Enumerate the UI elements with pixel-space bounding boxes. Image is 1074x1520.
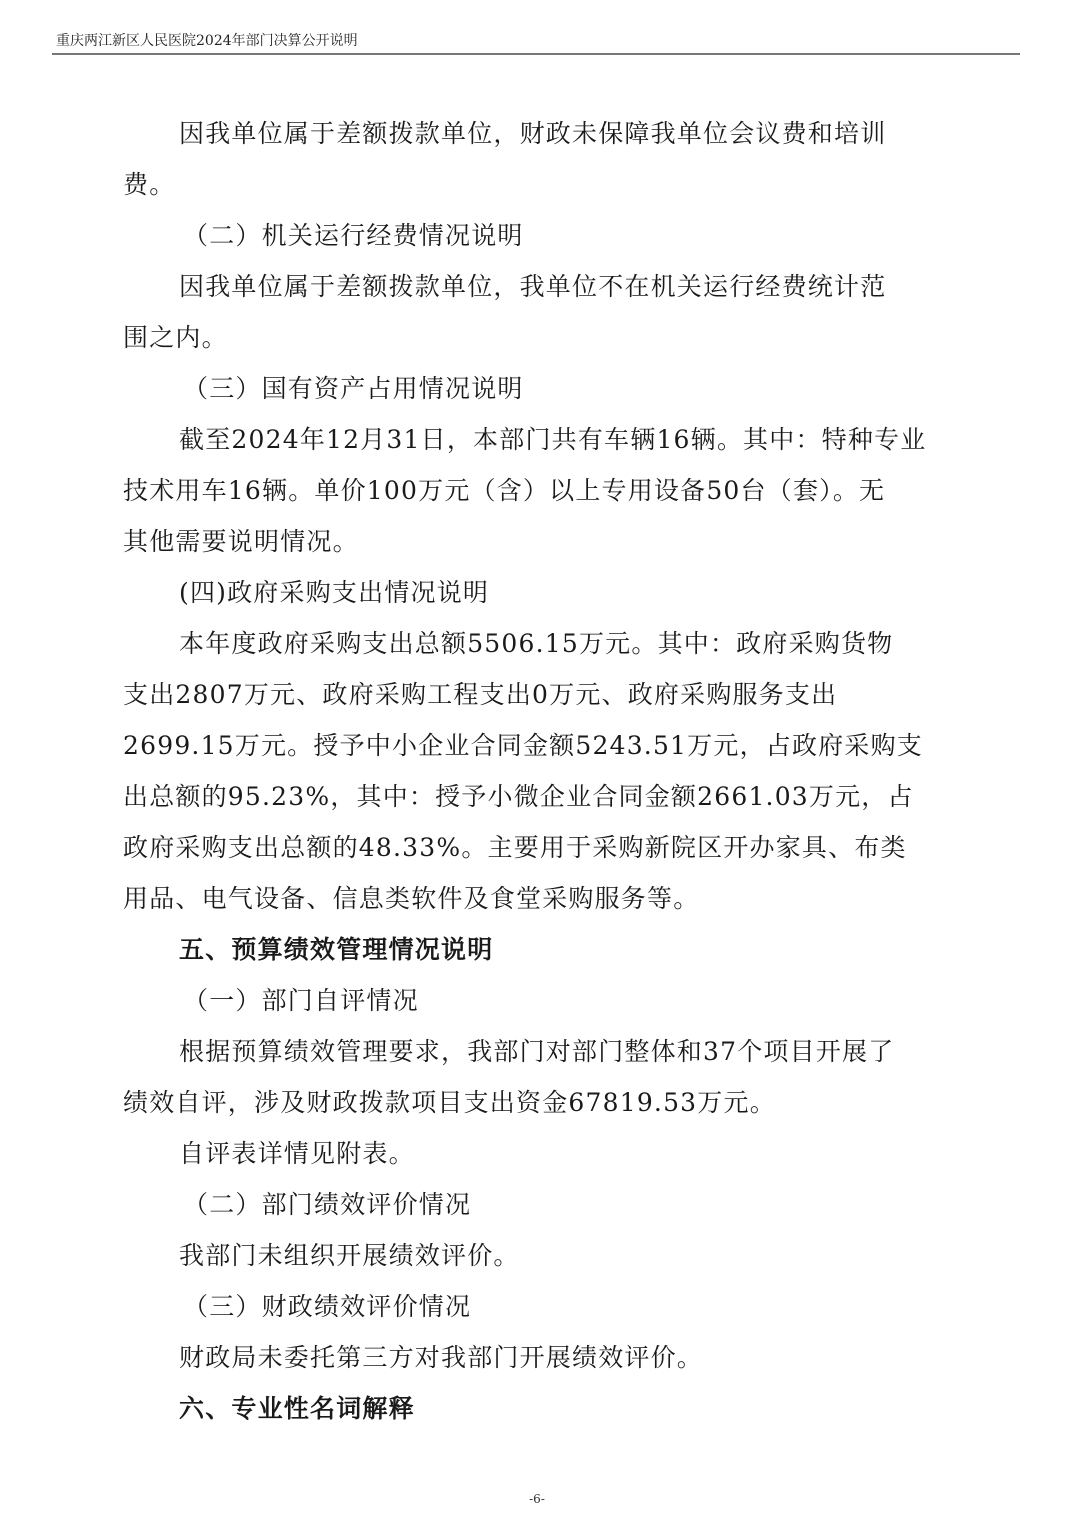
header-divider (52, 53, 1020, 55)
section-heading-terminology: 六、专业性名词解释 (123, 1383, 959, 1434)
section-heading-performance-management: 五、预算绩效管理情况说明 (123, 924, 959, 975)
paragraph-line: 截至2024年12月31日，本部门共有车辆16辆。其中：特种专业 (123, 414, 959, 465)
page-header-title: 重庆两江新区人民医院2024年部门决算公开说明 (56, 30, 358, 50)
page-number: -6- (0, 1492, 1074, 1506)
paragraph-line: 因我单位属于差额拨款单位，我单位不在机关运行经费统计范 (123, 261, 959, 312)
subheading-government-procurement: (四)政府采购支出情况说明 (123, 567, 959, 618)
paragraph-line: 政府采购支出总额的48.33%。主要用于采购新院区开办家具、布类 (123, 822, 959, 873)
paragraph-line: 根据预算绩效管理要求，我部门对部门整体和37个项目开展了 (123, 1026, 959, 1077)
paragraph-line: 本年度政府采购支出总额5506.15万元。其中：政府采购货物 (123, 618, 959, 669)
paragraph-line: 2699.15万元。授予中小企业合同金额5243.51万元，占政府采购支 (123, 720, 959, 771)
paragraph-line: 费。 (123, 159, 959, 210)
paragraph-line: 支出2807万元、政府采购工程支出0万元、政府采购服务支出 (123, 669, 959, 720)
paragraph-line: 技术用车16辆。单价100万元（含）以上专用设备50台（套）。无 (123, 465, 959, 516)
subheading-operating-expenses: （二）机关运行经费情况说明 (123, 210, 959, 261)
subheading-state-assets: （三）国有资产占用情况说明 (123, 363, 959, 414)
paragraph-line: 财政局未委托第三方对我部门开展绩效评价。 (123, 1332, 959, 1383)
subheading-self-evaluation: （一）部门自评情况 (123, 975, 959, 1026)
document-body: 因我单位属于差额拨款单位，财政未保障我单位会议费和培训 费。 （二）机关运行经费… (123, 108, 959, 1434)
paragraph-line: 用品、电气设备、信息类软件及食堂采购服务等。 (123, 873, 959, 924)
paragraph-line: 自评表详情见附表。 (123, 1128, 959, 1179)
paragraph-line: 出总额的95.23%，其中：授予小微企业合同金额2661.03万元，占 (123, 771, 959, 822)
paragraph-line: 其他需要说明情况。 (123, 516, 959, 567)
paragraph-line: 绩效自评，涉及财政拨款项目支出资金67819.53万元。 (123, 1077, 959, 1128)
paragraph-line: 因我单位属于差额拨款单位，财政未保障我单位会议费和培训 (123, 108, 959, 159)
subheading-department-evaluation: （二）部门绩效评价情况 (123, 1179, 959, 1230)
subheading-finance-evaluation: （三）财政绩效评价情况 (123, 1281, 959, 1332)
paragraph-line: 围之内。 (123, 312, 959, 363)
paragraph-line: 我部门未组织开展绩效评价。 (123, 1230, 959, 1281)
